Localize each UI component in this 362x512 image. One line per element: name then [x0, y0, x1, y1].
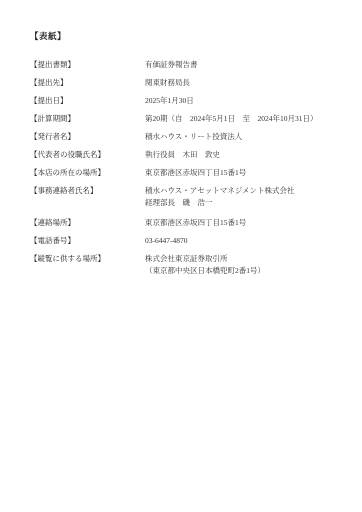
row-value-line: 執行役員 木田 敦史: [145, 150, 334, 161]
row-label: 【提出先】: [30, 78, 145, 89]
row-value: 有価証券報告書: [145, 60, 334, 71]
row-value-line: 第20期（自 2024年5月1日 至 2024年10月31日）: [145, 114, 334, 125]
row-value-line: 経理部長 磯 浩一: [145, 198, 334, 209]
row-label: 【計算期間】: [30, 114, 145, 125]
row-value: 株式会社東京証券取引所（東京都中央区日本橋兜町2番1号）: [145, 254, 334, 277]
row-label: 【提出日】: [30, 96, 145, 107]
page-title: 【表紙】: [30, 30, 334, 42]
row-value-line: 東京都港区赤坂四丁目15番1号: [145, 218, 334, 229]
table-row: 【提出日】 2025年1月30日: [30, 96, 334, 107]
table-row: 【提出書類】 有価証券報告書: [30, 60, 334, 71]
row-label: 【発行者名】: [30, 132, 145, 143]
row-value: 2025年1月30日: [145, 96, 334, 107]
table-row: 【連絡場所】 東京都港区赤坂四丁目15番1号: [30, 218, 334, 229]
table-row: 【縦覧に供する場所】 株式会社東京証券取引所（東京都中央区日本橋兜町2番1号）: [30, 254, 334, 277]
row-value: 執行役員 木田 敦史: [145, 150, 334, 161]
row-label: 【本店の所在の場所】: [30, 168, 145, 179]
row-value: 東京都港区赤坂四丁目15番1号: [145, 218, 334, 229]
row-label: 【縦覧に供する場所】: [30, 254, 145, 265]
row-label: 【連絡場所】: [30, 218, 145, 229]
cover-table: 【提出書類】 有価証券報告書 【提出先】 関東財務局長 【提出日】 2025年1…: [30, 60, 334, 276]
row-value: 03-6447-4870: [145, 236, 334, 247]
row-label: 【提出書類】: [30, 60, 145, 71]
row-value-line: 関東財務局長: [145, 78, 334, 89]
table-row: 【本店の所在の場所】 東京都港区赤坂四丁目15番1号: [30, 168, 334, 179]
table-row: 【代表者の役職氏名】 執行役員 木田 敦史: [30, 150, 334, 161]
row-label: 【代表者の役職氏名】: [30, 150, 145, 161]
row-label: 【事務連絡者氏名】: [30, 186, 145, 197]
row-value: 第20期（自 2024年5月1日 至 2024年10月31日）: [145, 114, 334, 125]
row-value-line: 有価証券報告書: [145, 60, 334, 71]
document-page: 【表紙】 【提出書類】 有価証券報告書 【提出先】 関東財務局長 【提出日】 2…: [0, 0, 362, 512]
row-label: 【電話番号】: [30, 236, 145, 247]
table-row: 【提出先】 関東財務局長: [30, 78, 334, 89]
row-value-line: 積水ハウス・リート投資法人: [145, 132, 334, 143]
row-value-line: 株式会社東京証券取引所: [145, 254, 334, 265]
table-row: 【計算期間】 第20期（自 2024年5月1日 至 2024年10月31日）: [30, 114, 334, 125]
row-value: 積水ハウス・アセットマネジメント株式会社経理部長 磯 浩一: [145, 186, 334, 209]
row-value-line: 2025年1月30日: [145, 96, 334, 107]
row-value-line: 積水ハウス・アセットマネジメント株式会社: [145, 186, 334, 197]
table-row: 【発行者名】 積水ハウス・リート投資法人: [30, 132, 334, 143]
row-value: 東京都港区赤坂四丁目15番1号: [145, 168, 334, 179]
row-value-line: 03-6447-4870: [145, 236, 334, 247]
table-row: 【事務連絡者氏名】 積水ハウス・アセットマネジメント株式会社経理部長 磯 浩一: [30, 186, 334, 209]
row-value: 積水ハウス・リート投資法人: [145, 132, 334, 143]
row-value-line: （東京都中央区日本橋兜町2番1号）: [145, 266, 334, 277]
row-value: 関東財務局長: [145, 78, 334, 89]
table-row: 【電話番号】 03-6447-4870: [30, 236, 334, 247]
row-value-line: 東京都港区赤坂四丁目15番1号: [145, 168, 334, 179]
